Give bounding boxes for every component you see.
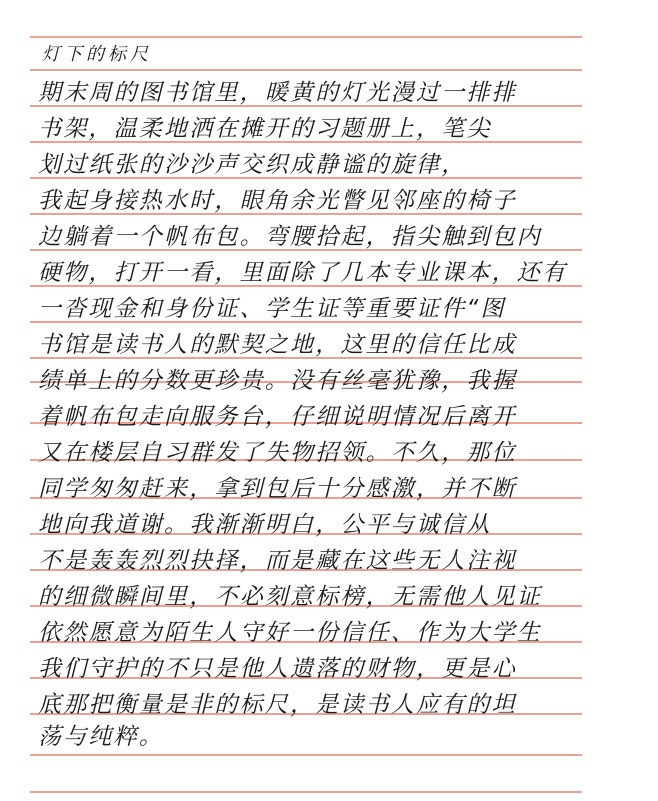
essay-line: 绩单上的分数更珍贵。没有丝毫犹豫，我握: [38, 366, 583, 396]
essay-line: 不是轰轰烈烈抉择，而是藏在这些无人注视: [38, 546, 583, 576]
essay-line: 荡与纯粹。: [38, 722, 583, 752]
ruled-line: [30, 791, 582, 793]
essay-line: 地向我道谢。我渐渐明白，公平与诚信从: [38, 510, 583, 540]
essay-line: 着帆布包走向服务台，仔细说明情况后离开: [38, 402, 583, 432]
essay-line: 我们守护的不只是他人遗落的财物，更是心: [38, 654, 583, 684]
essay-line: 边躺着一个帆布包。弯腰拾起，指尖触到包内: [38, 222, 583, 252]
essay-line: 的细微瞬间里，不必刻意标榜，无需他人见证: [38, 582, 583, 612]
essay-line: 书架，温柔地洒在摊开的习题册上，笔尖: [38, 114, 583, 144]
essay-line: 又在楼层自习群发了失物招领。不久，那位: [38, 438, 583, 468]
essay-line: 一沓现金和身份证、学生证等重要证件“图: [38, 294, 583, 324]
essay-line: 依然愿意为陌生人守好一份信任、作为大学生: [38, 618, 583, 648]
essay-line: 我起身接热水时，眼角余光瞥见邻座的椅子: [38, 186, 583, 216]
ruled-line: [30, 754, 582, 756]
ruled-line: [30, 36, 582, 38]
essay-line: 划过纸张的沙沙声交织成静谧的旋律，: [38, 150, 583, 180]
lined-paper-page: 灯下的标尺 期末周的图书馆里，暖黄的灯光漫过一排排 书架，温柔地洒在摊开的习题册…: [0, 0, 658, 801]
essay-line: 底那把衡量是非的标尺，是读书人应有的坦: [38, 690, 583, 720]
essay-line: 期末周的图书馆里，暖黄的灯光漫过一排排: [38, 78, 583, 108]
essay-line: 同学匆匆赶来，拿到包后十分感激，并不断: [38, 474, 583, 504]
essay-title: 灯下的标尺: [42, 40, 587, 70]
essay-line: 硬物，打开一看，里面除了几本专业课本，还有: [38, 258, 583, 288]
essay-line: 书馆是读书人的默契之地，这里的信任比成: [38, 330, 583, 360]
